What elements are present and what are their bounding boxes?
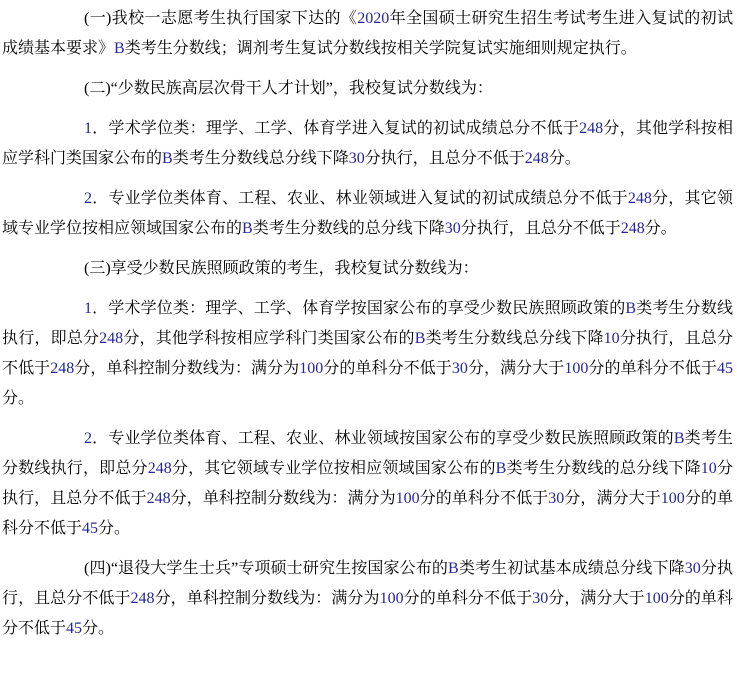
paragraph-section-2-item-2: 2．专业学位类体育、工程、农业、林业领域进入复试的初试成绩总分不低于248分，其… (2, 184, 733, 244)
document-body: (一)我校一志愿考生执行国家下达的《2020年全国硕士研究生招生考试考生进入复试… (2, 4, 733, 644)
latin-text: 248 (131, 590, 155, 607)
document-page: (一)我校一志愿考生执行国家下达的《2020年全国硕士研究生招生考试考生进入复试… (0, 0, 737, 699)
paragraph-section-4: (四)“退役大学生士兵”专项硕士研究生按国家公布的B类考生初试基本成绩总分线下降… (2, 554, 733, 644)
paragraph-section-1: (一)我校一志愿考生执行国家下达的《2020年全国硕士研究生招生考试考生进入复试… (2, 4, 733, 64)
latin-text: 30 (548, 490, 564, 507)
latin-text: 30 (452, 360, 468, 377)
latin-text: 45 (82, 520, 98, 537)
latin-text: 248 (628, 190, 652, 207)
latin-text: 100 (661, 490, 685, 507)
paragraph-section-3-item-1: 1．学术学位类：理学、工学、体育学按国家公布的享受少数民族照顾政策的B类考生分数… (2, 294, 733, 414)
latin-text: B (674, 430, 685, 447)
latin-text: B (448, 560, 459, 577)
latin-text: 30 (532, 590, 548, 607)
latin-text: 248 (148, 460, 172, 477)
latin-text: B (496, 460, 507, 477)
latin-text: 100 (564, 360, 588, 377)
latin-text: 30 (349, 150, 365, 167)
latin-text: 248 (147, 490, 171, 507)
paragraph-section-2-item-1: 1．学术学位类：理学、工学、体育学进入复试的初试成绩总分不低于248分，其他学科… (2, 114, 733, 174)
latin-text: 2020 (357, 10, 389, 27)
latin-text: 248 (579, 120, 603, 137)
paragraph-section-2: (二)“少数民族高层次骨干人才计划”，我校复试分数线为： (2, 74, 733, 104)
latin-text: 248 (50, 360, 74, 377)
latin-text: 30 (445, 220, 461, 237)
latin-text: 1 (84, 120, 92, 137)
latin-text: 100 (645, 590, 669, 607)
latin-text: 2 (84, 430, 92, 447)
latin-text: 10 (604, 330, 620, 347)
latin-text: B (625, 300, 636, 317)
latin-text: 2 (84, 190, 92, 207)
paragraph-section-3-item-2: 2．专业学位类体育、工程、农业、林业领域按国家公布的享受少数民族照顾政策的B类考… (2, 424, 733, 544)
latin-text: B (114, 40, 125, 57)
latin-text: 100 (380, 590, 404, 607)
latin-text: 248 (99, 330, 123, 347)
latin-text: 100 (396, 490, 420, 507)
latin-text: 30 (685, 560, 701, 577)
latin-text: 100 (299, 360, 323, 377)
latin-text: 45 (717, 360, 733, 377)
latin-text: 1 (84, 300, 92, 317)
latin-text: 45 (66, 620, 82, 637)
latin-text: 10 (701, 460, 717, 477)
latin-text: B (242, 220, 253, 237)
latin-text: 248 (525, 150, 549, 167)
latin-text: B (415, 330, 426, 347)
latin-text: B (162, 150, 173, 167)
latin-text: 248 (621, 220, 645, 237)
paragraph-section-3: (三)享受少数民族照顾政策的考生，我校复试分数线为： (2, 254, 733, 284)
